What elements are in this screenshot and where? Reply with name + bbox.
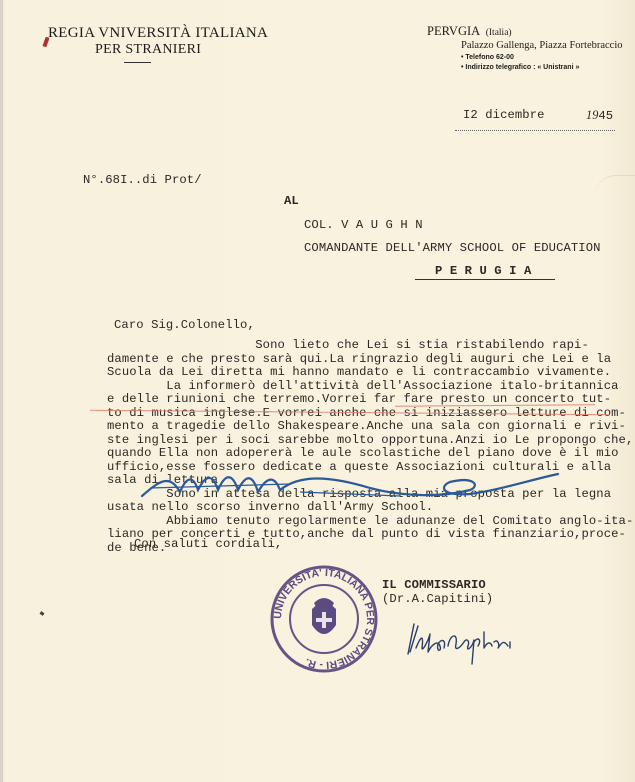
protocol-number: N°.68I..di Prot/ (83, 174, 202, 188)
body-line: quando Ella non adopererà le aule scolas… (107, 447, 627, 461)
savoy-crest-icon (312, 598, 336, 634)
paper-crease (595, 175, 635, 196)
letter-body: Sono lieto che Lei si stia ristabilendo … (107, 339, 627, 555)
recipient-title: COMANDANTE DELL'ARMY SCHOOL OF EDUCATION (304, 242, 601, 256)
body-line-struck: usata nello scorso inverno dall'Army Sch… (107, 501, 627, 515)
letterhead-address: Palazzo Gallenga, Piazza Fortebraccio (461, 40, 623, 51)
recipient-city-underline (415, 279, 555, 280)
year-typed: 45 (598, 109, 613, 123)
letterhead-rule (124, 62, 151, 63)
body-line: Sono lieto che Lei si stia ristabilendo … (107, 339, 627, 353)
country: (Italia) (486, 28, 512, 38)
salutation: Caro Sig.Colonello, (114, 319, 255, 333)
institution-subtitle: PER STRANIERI (95, 42, 201, 58)
letter-page: REGIA VNIVERSITÀ ITALIANA PER STRANIERI … (0, 0, 635, 782)
scan-edge (0, 0, 3, 782)
signatory-title: IL COMMISSARIO (382, 579, 486, 593)
letterhead-city: PERVGIA (Italia) (427, 24, 512, 39)
signatory-name: (Dr.A.Capitini) (382, 593, 493, 607)
body-line: La informerò dell'attività dell'Associaz… (107, 380, 627, 394)
year-handwritten: 19 (586, 108, 598, 122)
body-line: mento a tragedie dello Shakespeare.Anche… (107, 420, 627, 434)
university-stamp: UNIVERSITA' ITALIANA PER STRANIERI - R. (268, 563, 380, 675)
city: PERVGIA (427, 24, 479, 38)
closing: Con saluti cordiali, (134, 538, 282, 552)
body-line: Scuola da Lei diretta mi hanno mandato e… (107, 366, 627, 380)
letter-date: I2 dicembre (463, 109, 545, 123)
recipient-prefix: AL (284, 195, 299, 209)
letter-year: 1945 (586, 109, 613, 124)
body-line: damente e che presto sarà qui.La ringraz… (107, 353, 627, 367)
body-line: ste inglesi per i soci sarebbe molto opp… (107, 434, 627, 448)
recipient-city: P E R U G I A (435, 265, 531, 279)
ink-speck (40, 611, 45, 616)
institution-name: REGIA VNIVERSITÀ ITALIANA (48, 25, 268, 42)
letterhead-phone: • Telefono 62-00 (461, 54, 514, 61)
handwritten-signature (400, 618, 520, 668)
body-line: Abbiamo tenuto regolarmente le adunanze … (107, 515, 627, 529)
letterhead-telegraph: • Indirizzo telegrafico : « Unistrani » (461, 64, 579, 71)
recipient-name: COL. V A U G H N (304, 219, 423, 233)
strikethrough-scribble (140, 470, 560, 502)
